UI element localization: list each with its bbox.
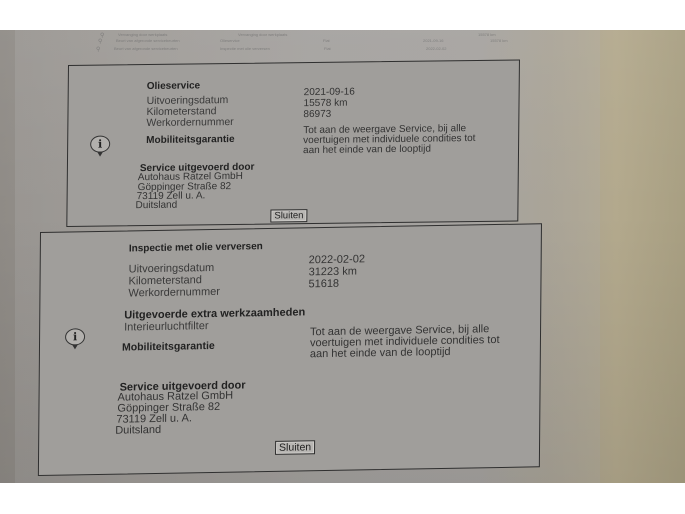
row-col1: Beurt van afgeronde servicebeurten	[114, 46, 178, 51]
row-col1: Beurt van afgeronde servicebeurten	[116, 38, 180, 43]
row-col2: Olieservice	[220, 38, 240, 43]
service-dialog-olieservice: Olieservice Uitvoeringsdatum Kilometerst…	[66, 59, 520, 227]
field-value: 51618	[308, 278, 339, 291]
extra-work-text: Interieurluchtfilter	[124, 320, 208, 333]
service-dialog-inspectie: Inspectie met olie verversen Uitvoerings…	[38, 223, 542, 476]
dialog-title: Olieservice	[147, 80, 200, 92]
dialog-title: Inspectie met olie verversen	[129, 241, 263, 254]
row-col2: Vervanging door werkplaats	[238, 32, 287, 37]
info-icon: i	[90, 135, 110, 152]
info-icon: i	[65, 328, 85, 345]
field-label: Werkordernummer	[128, 286, 220, 300]
row-col3: Fiat	[323, 38, 330, 43]
row-col3: Fiat	[324, 46, 331, 51]
close-button[interactable]: Sluiten	[275, 440, 315, 455]
row-col5: 15578 km	[478, 32, 496, 37]
mobility-label: Mobiliteitsgarantie	[122, 340, 215, 354]
field-value: 2022-02-02	[309, 253, 365, 266]
list-row: ⚲ Beurt van afgeronde servicebeurten Oli…	[98, 38, 518, 44]
row-col4: 2022-02-02	[426, 46, 446, 51]
field-value: 31223 km	[309, 265, 357, 278]
field-label: Werkordernummer	[146, 116, 233, 129]
wrench-icon: ⚲	[98, 38, 102, 45]
list-row: ⚲ Beurt van afgeronde servicebeurten Ins…	[96, 46, 516, 52]
close-button[interactable]: Sluiten	[270, 209, 307, 222]
row-col5: 15578 km	[490, 38, 508, 43]
row-col2: Inspectie met olie verversen	[220, 46, 270, 51]
mobility-text-line: aan het einde van de looptijd	[303, 144, 431, 158]
mobility-label: Mobiliteitsgarantie	[146, 134, 234, 147]
row-col1: Vervanging door werkplaats	[118, 32, 167, 37]
extra-work-label: Uitgevoerde extra werkzaamheden	[124, 306, 305, 321]
mobility-text-line: aan het einde van de looptijd	[310, 346, 451, 360]
field-value: 86973	[303, 109, 331, 121]
address-line: Duitsland	[115, 425, 161, 436]
row-col4: 2021-09-16	[423, 38, 443, 43]
wrench-icon: ⚲	[96, 46, 100, 53]
address-line: Duitsland	[135, 201, 177, 212]
